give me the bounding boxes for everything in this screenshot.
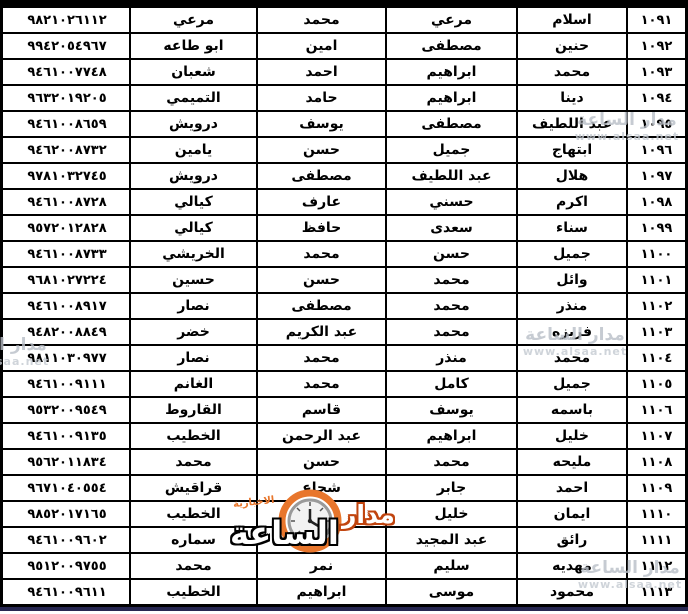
cell-father-name: عبد اللطيف (387, 164, 516, 188)
cell-grandfather-name: ابراهيم (258, 580, 385, 604)
scanned-names-table-page: ٩٨٢١٠٢٦١١٢ مرعي محمد مرعي اسلام ١٠٩١ ٩٩٤… (0, 0, 688, 614)
cell-first-name: احمد (518, 476, 626, 500)
cell-national-number: ٩٤٦١٠٠٨٧٢٨ (3, 190, 129, 214)
cell-national-number: ٩٤٦١٠٠٩٦١١ (3, 580, 129, 604)
cell-national-number: ٩٤٦١٠٠٩١٣٥ (3, 424, 129, 448)
cell-father-name: خليل (387, 502, 516, 526)
cell-national-number: ٩٤٦١٠٠٩١١١ (3, 372, 129, 396)
cell-grandfather-name: امين (258, 34, 385, 58)
cell-grandfather-name: حافظ (258, 216, 385, 240)
cell-family-name: شعبان (131, 60, 256, 84)
cell-father-name: سليم (387, 554, 516, 578)
cell-first-name: دينا (518, 86, 626, 110)
cell-family-name: محمد (131, 450, 256, 474)
cell-first-name: مهديه (518, 554, 626, 578)
cell-first-name: سناء (518, 216, 626, 240)
cell-serial-number: ١٠٩١ (628, 8, 685, 32)
cell-family-name: حسين (131, 268, 256, 292)
table-top-border (0, 0, 688, 8)
cell-first-name: رائق (518, 528, 626, 552)
cell-family-name: درويش (131, 164, 256, 188)
cell-family-name: نصار (131, 346, 256, 370)
cell-first-name: اكرم (518, 190, 626, 214)
cell-father-name: يوسف (387, 398, 516, 422)
cell-family-name: يامين (131, 138, 256, 162)
cell-serial-number: ١١٠٠ (628, 242, 685, 266)
cell-father-name: جابر (387, 476, 516, 500)
cell-father-name: جميل (387, 138, 516, 162)
cell-father-name: عبد المجيد (387, 528, 516, 552)
cell-father-name: ابراهيم (387, 86, 516, 110)
cell-family-name: الخريشي (131, 242, 256, 266)
cell-family-name: محمد (131, 554, 256, 578)
cell-grandfather-name: حسن (258, 268, 385, 292)
cell-national-number: ٩٤٦١٠٠٨٦٥٩ (3, 112, 129, 136)
cell-national-number: ٩٦٨١٠٢٧٢٢٤ (3, 268, 129, 292)
cell-national-number: ٩٤٦١٠٠٧٧٤٨ (3, 60, 129, 84)
cell-national-number: ٩٨٢١٠٢٦١١٢ (3, 8, 129, 32)
cell-grandfather-name: نمر (258, 554, 385, 578)
cell-father-name: حسن (387, 242, 516, 266)
cell-first-name: منذر (518, 294, 626, 318)
cell-first-name: هلال (518, 164, 626, 188)
cell-father-name: مصطفى (387, 34, 516, 58)
cell-first-name: باسمه (518, 398, 626, 422)
cell-serial-number: ١١٠٢ (628, 294, 685, 318)
cell-family-name: خضر (131, 320, 256, 344)
cell-father-name: ابراهيم (387, 424, 516, 448)
cell-serial-number: ١١٠١ (628, 268, 685, 292)
cell-national-number: ٩٥٣٢٠٠٩٥٤٩ (3, 398, 129, 422)
names-table: ٩٨٢١٠٢٦١١٢ مرعي محمد مرعي اسلام ١٠٩١ ٩٩٤… (0, 8, 688, 607)
cell-national-number: ٩٤٦١٠٠٨٧٣٣ (3, 242, 129, 266)
cell-first-name: محمد (518, 346, 626, 370)
cell-national-number: ٩٤٦١٠٠٨٩١٧ (3, 294, 129, 318)
cell-family-name: الخطيب (131, 580, 256, 604)
cell-serial-number: ١١١٣ (628, 580, 685, 604)
cell-first-name: حنين (518, 34, 626, 58)
cell-serial-number: ١١٠٥ (628, 372, 685, 396)
cell-first-name: ابتهاج (518, 138, 626, 162)
cell-serial-number: ١١٠٨ (628, 450, 685, 474)
cell-serial-number: ١١١١ (628, 528, 685, 552)
cell-serial-number: ١١٠٧ (628, 424, 685, 448)
cell-grandfather-name: عبد الكريم (258, 320, 385, 344)
cell-national-number: ٩٤٦٢٠٠٨٧٣٢ (3, 138, 129, 162)
cell-national-number: ٩٦٧١٠٤٠٥٥٤ (3, 476, 129, 500)
cell-first-name: ايمان (518, 502, 626, 526)
cell-serial-number: ١١٠٦ (628, 398, 685, 422)
cell-father-name: محمد (387, 450, 516, 474)
cell-grandfather-name (258, 528, 385, 552)
cell-grandfather-name: محمد (258, 372, 385, 396)
cell-first-name: محمود (518, 580, 626, 604)
cell-serial-number: ١٠٩٣ (628, 60, 685, 84)
cell-national-number: ٩٩٤٢٠٥٤٩٦٧ (3, 34, 129, 58)
cell-father-name: سعدى (387, 216, 516, 240)
cell-grandfather-name: حسن (258, 138, 385, 162)
cell-first-name: جميل (518, 372, 626, 396)
cell-serial-number: ١١١٢ (628, 554, 685, 578)
cell-father-name: محمد (387, 320, 516, 344)
cell-father-name: كامل (387, 372, 516, 396)
cell-family-name: ابو طاعه (131, 34, 256, 58)
cell-grandfather-name: حسن (258, 450, 385, 474)
cell-grandfather-name: محمد (258, 242, 385, 266)
cell-family-name: درويش (131, 112, 256, 136)
cell-family-name: كيالي (131, 216, 256, 240)
cell-national-number: ٩٨١١٠٣٠٩٧٧ (3, 346, 129, 370)
cell-father-name: موسى (387, 580, 516, 604)
cell-family-name: الغانم (131, 372, 256, 396)
cell-grandfather-name: شجاع (258, 476, 385, 500)
cell-first-name: جميل (518, 242, 626, 266)
cell-serial-number: ١١١٠ (628, 502, 685, 526)
cell-father-name: منذر (387, 346, 516, 370)
cell-grandfather-name: محمد (258, 8, 385, 32)
cell-family-name: سماره (131, 528, 256, 552)
cell-father-name: ابراهيم (387, 60, 516, 84)
cell-national-number: ٩٤٨٢٠٠٨٨٤٩ (3, 320, 129, 344)
table-bottom-border (0, 607, 688, 611)
cell-grandfather-name: محمد (258, 346, 385, 370)
cell-grandfather-name: يوسف (258, 112, 385, 136)
cell-family-name: الخطيب (131, 502, 256, 526)
cell-father-name: مرعي (387, 8, 516, 32)
cell-serial-number: ١٠٩٦ (628, 138, 685, 162)
cell-father-name: محمد (387, 268, 516, 292)
cell-serial-number: ١٠٩٨ (628, 190, 685, 214)
cell-family-name: قراقيش (131, 476, 256, 500)
cell-national-number: ٩٦٣٢٠١٩٢٠٥ (3, 86, 129, 110)
cell-grandfather-name: مصطفى (258, 164, 385, 188)
cell-grandfather-name: قاسم (258, 398, 385, 422)
cell-serial-number: ١٠٩٧ (628, 164, 685, 188)
cell-family-name: التميمي (131, 86, 256, 110)
cell-family-name: الخطيب (131, 424, 256, 448)
cell-serial-number: ١٠٩٤ (628, 86, 685, 110)
cell-family-name: القاروط (131, 398, 256, 422)
cell-father-name: محمد (387, 294, 516, 318)
cell-serial-number: ١١٠٤ (628, 346, 685, 370)
cell-national-number: ٩٤٦١٠٠٩٦٠٢ (3, 528, 129, 552)
cell-serial-number: ١٠٩٥ (628, 112, 685, 136)
cell-grandfather-name: حامد (258, 86, 385, 110)
cell-grandfather-name: عارف (258, 190, 385, 214)
cell-national-number: ٩٥٦٢٠١١٨٣٤ (3, 450, 129, 474)
cell-national-number: ٩٨٥٢٠١٧١٦٥ (3, 502, 129, 526)
cell-first-name: فريزه (518, 320, 626, 344)
cell-serial-number: ١٠٩٩ (628, 216, 685, 240)
cell-national-number: ٩٥٧٢٠١٢٨٢٨ (3, 216, 129, 240)
cell-grandfather-name (258, 502, 385, 526)
cell-first-name: وائل (518, 268, 626, 292)
cell-father-name: مصطفى (387, 112, 516, 136)
cell-father-name: حسني (387, 190, 516, 214)
cell-family-name: كيالي (131, 190, 256, 214)
cell-first-name: محمد (518, 60, 626, 84)
cell-first-name: اسلام (518, 8, 626, 32)
cell-national-number: ٩٥١٢٠٠٩٧٥٥ (3, 554, 129, 578)
cell-grandfather-name: مصطفى (258, 294, 385, 318)
cell-serial-number: ١١٠٣ (628, 320, 685, 344)
cell-first-name: عبد اللطيف (518, 112, 626, 136)
cell-family-name: مرعي (131, 8, 256, 32)
cell-grandfather-name: عبد الرحمن (258, 424, 385, 448)
cell-grandfather-name: احمد (258, 60, 385, 84)
cell-national-number: ٩٧٨١٠٣٢٧٤٥ (3, 164, 129, 188)
cell-first-name: مليحه (518, 450, 626, 474)
cell-first-name: خليل (518, 424, 626, 448)
cell-family-name: نصار (131, 294, 256, 318)
cell-serial-number: ١٠٩٢ (628, 34, 685, 58)
cell-serial-number: ١١٠٩ (628, 476, 685, 500)
